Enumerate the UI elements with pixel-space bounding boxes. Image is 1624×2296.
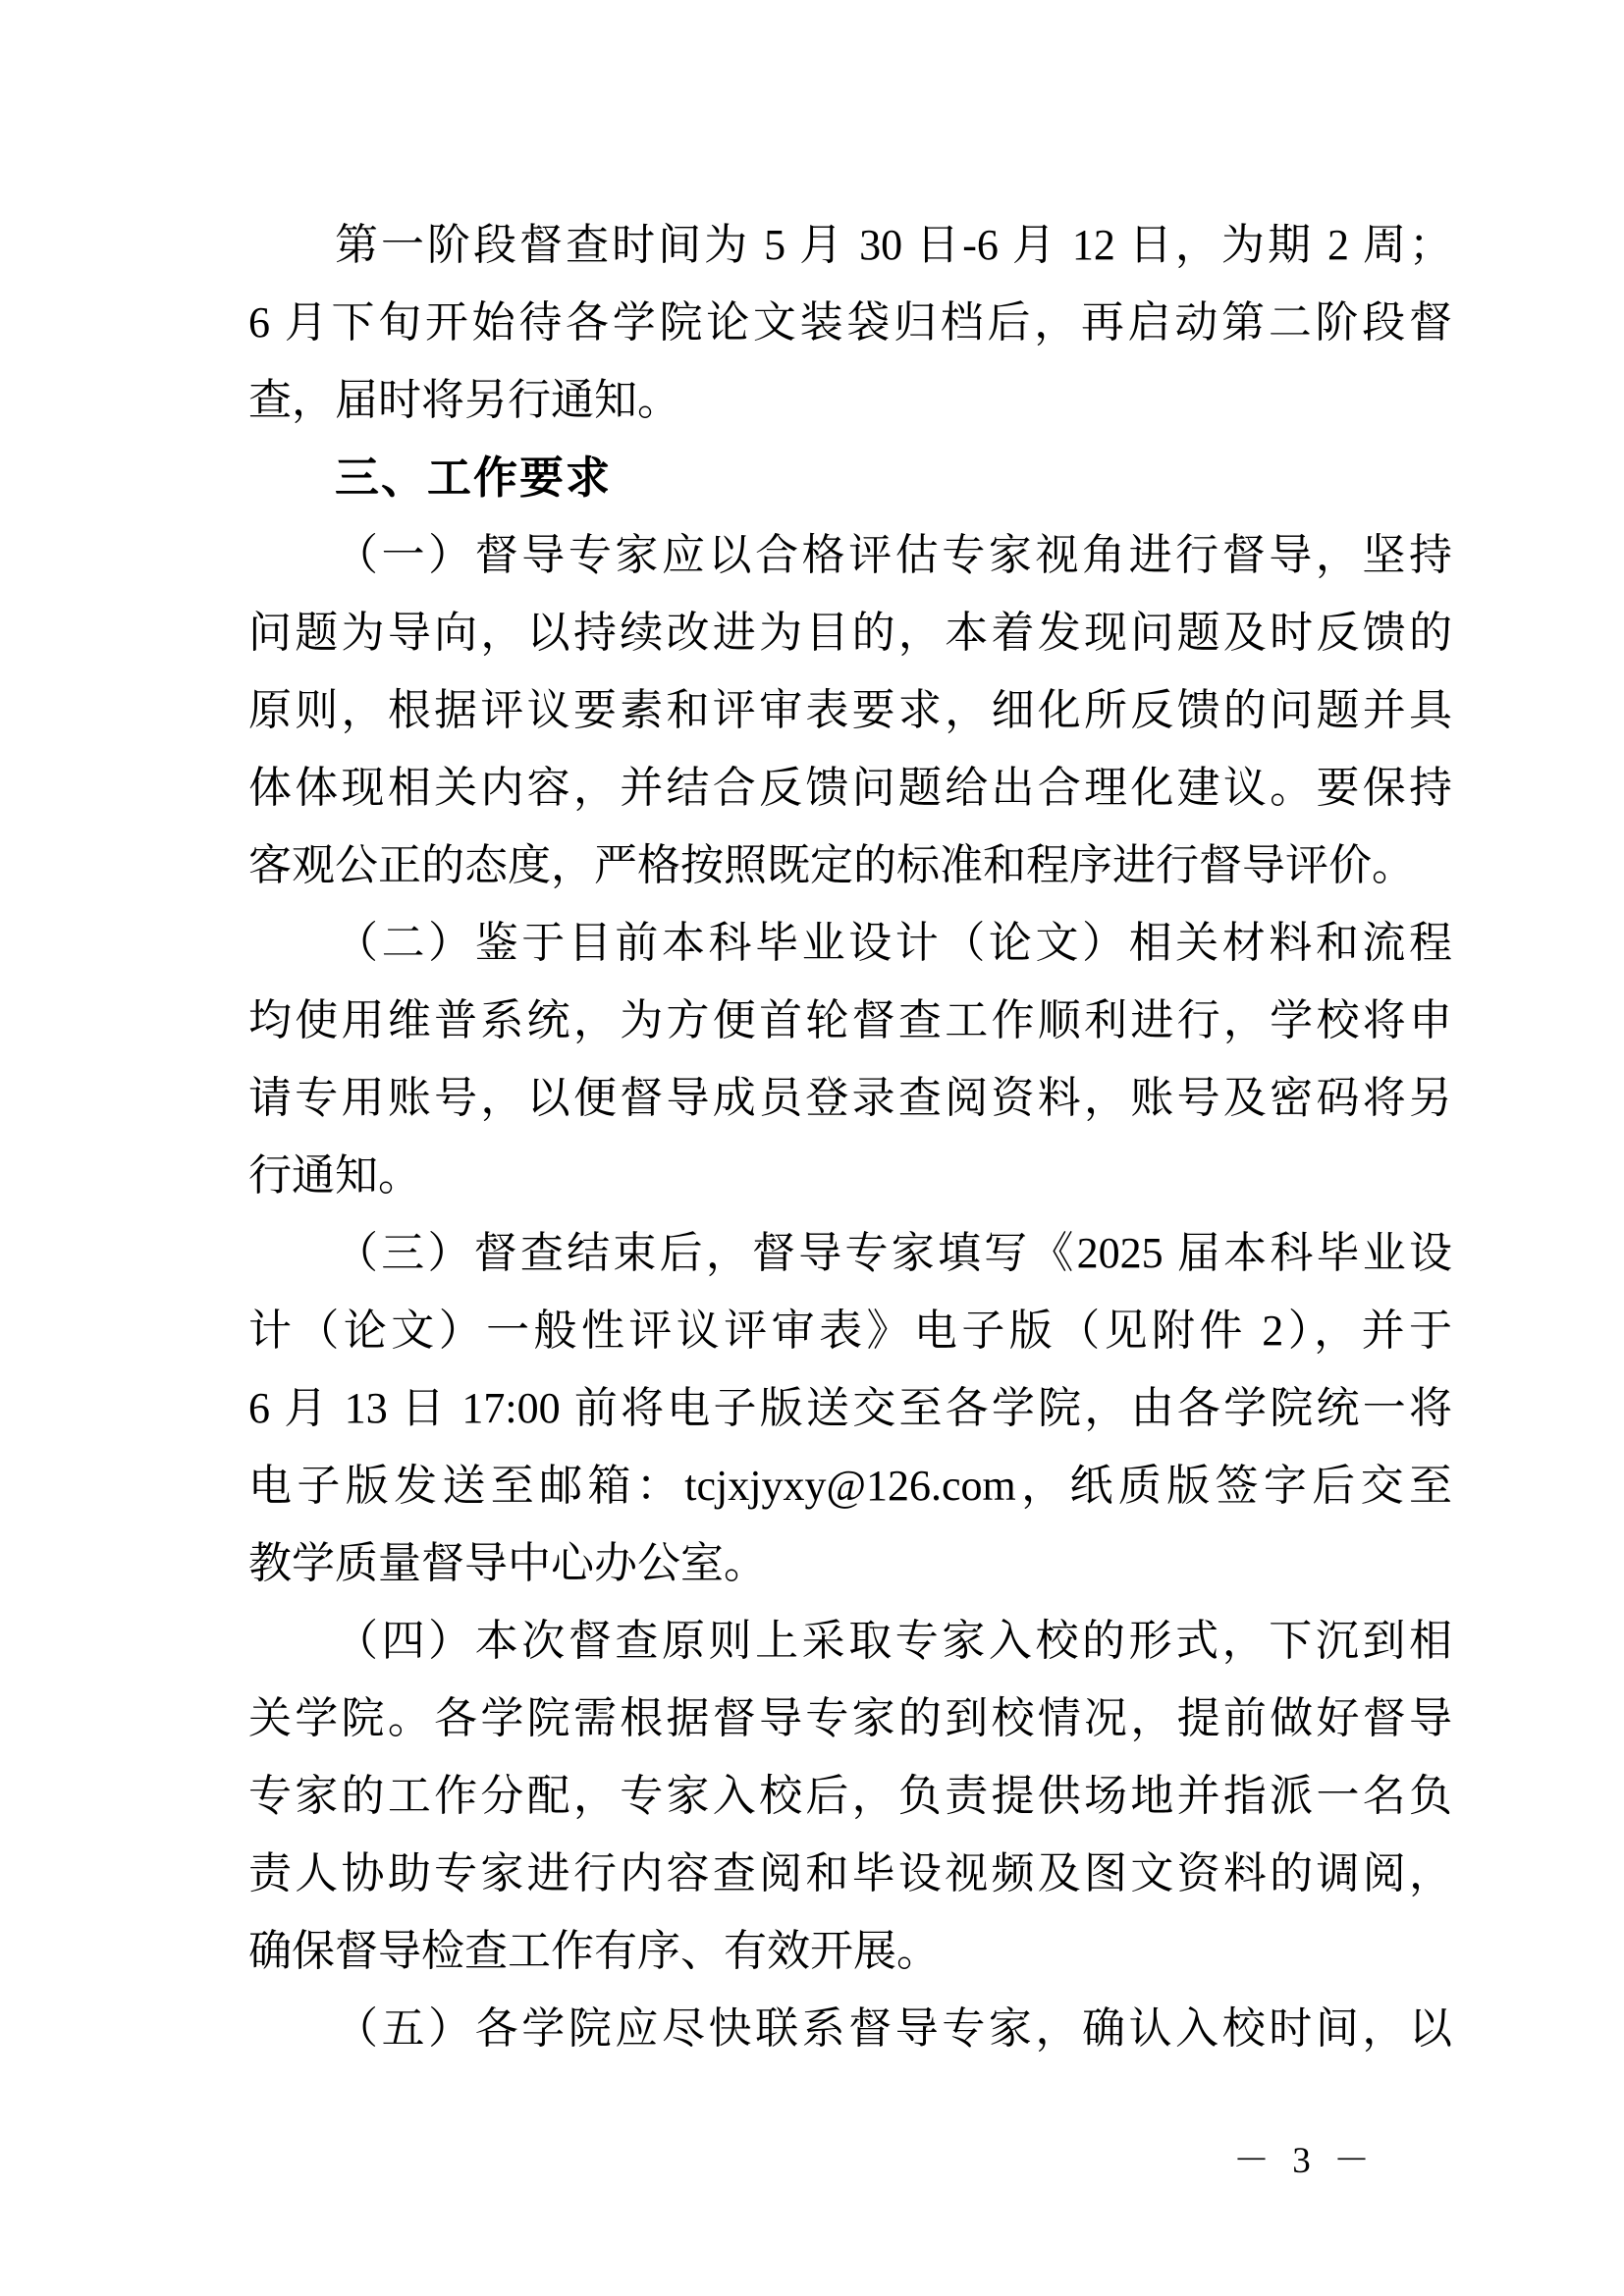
document-page: 第一阶段督查时间为 5 月 30 日-6 月 12 日，为期 2 周；6 月下旬… <box>0 0 1624 2296</box>
text-line: 客观公正的态度，严格按照既定的标准和程序进行督导评价。 <box>248 827 1452 904</box>
section-heading: 三、工作要求 <box>248 439 1452 516</box>
text-line: 6 月 13 日 17:00 前将电子版送交至各学院，由各学院统一将 <box>248 1369 1452 1447</box>
text-line: 行通知。 <box>248 1137 1452 1214</box>
document-body: 第一阶段督查时间为 5 月 30 日-6 月 12 日，为期 2 周；6 月下旬… <box>248 206 1452 2067</box>
text-line: 计（论文）一般性评议评审表》电子版（见附件 2），并于 <box>248 1292 1452 1369</box>
text-line: 请专用账号，以便督导成员登录查阅资料，账号及密码将另 <box>248 1059 1452 1137</box>
page-number: － 3 － <box>1233 2130 1377 2183</box>
text-line: 原则，根据评议要素和评审表要求，细化所反馈的问题并具 <box>248 671 1452 749</box>
text-line: 责人协助专家进行内容查阅和毕设视频及图文资料的调阅， <box>248 1835 1452 1912</box>
text-line: 6 月下旬开始待各学院论文装袋归档后，再启动第二阶段督 <box>248 284 1452 361</box>
text-line: （二）鉴于目前本科毕业设计（论文）相关材料和流程 <box>248 904 1452 982</box>
text-line: 问题为导向，以持续改进为目的，本着发现问题及时反馈的 <box>248 594 1452 671</box>
text-line: 教学质量督导中心办公室。 <box>248 1524 1452 1602</box>
text-line: 专家的工作分配，专家入校后，负责提供场地并指派一名负 <box>248 1757 1452 1835</box>
text-line: 查，届时将另行通知。 <box>248 361 1452 439</box>
text-line: 确保督导检查工作有序、有效开展。 <box>248 1912 1452 1990</box>
text-line: 电子版发送至邮箱：tcjxjyxy@126.com，纸质版签字后交至 <box>248 1447 1452 1524</box>
text-line: （五）各学院应尽快联系督导专家，确认入校时间，以 <box>248 1990 1452 2067</box>
text-line: 均使用维普系统，为方便首轮督查工作顺利进行，学校将申 <box>248 982 1452 1059</box>
text-line: 体体现相关内容，并结合反馈问题给出合理化建议。要保持 <box>248 749 1452 827</box>
text-line: 关学院。各学院需根据督导专家的到校情况，提前做好督导 <box>248 1680 1452 1757</box>
text-line: （一）督导专家应以合格评估专家视角进行督导，坚持 <box>248 516 1452 594</box>
text-line: （三）督查结束后，督导专家填写《2025 届本科毕业设 <box>248 1214 1452 1292</box>
text-line: （四）本次督查原则上采取专家入校的形式，下沉到相 <box>248 1602 1452 1680</box>
text-line: 第一阶段督查时间为 5 月 30 日-6 月 12 日，为期 2 周； <box>248 206 1452 284</box>
